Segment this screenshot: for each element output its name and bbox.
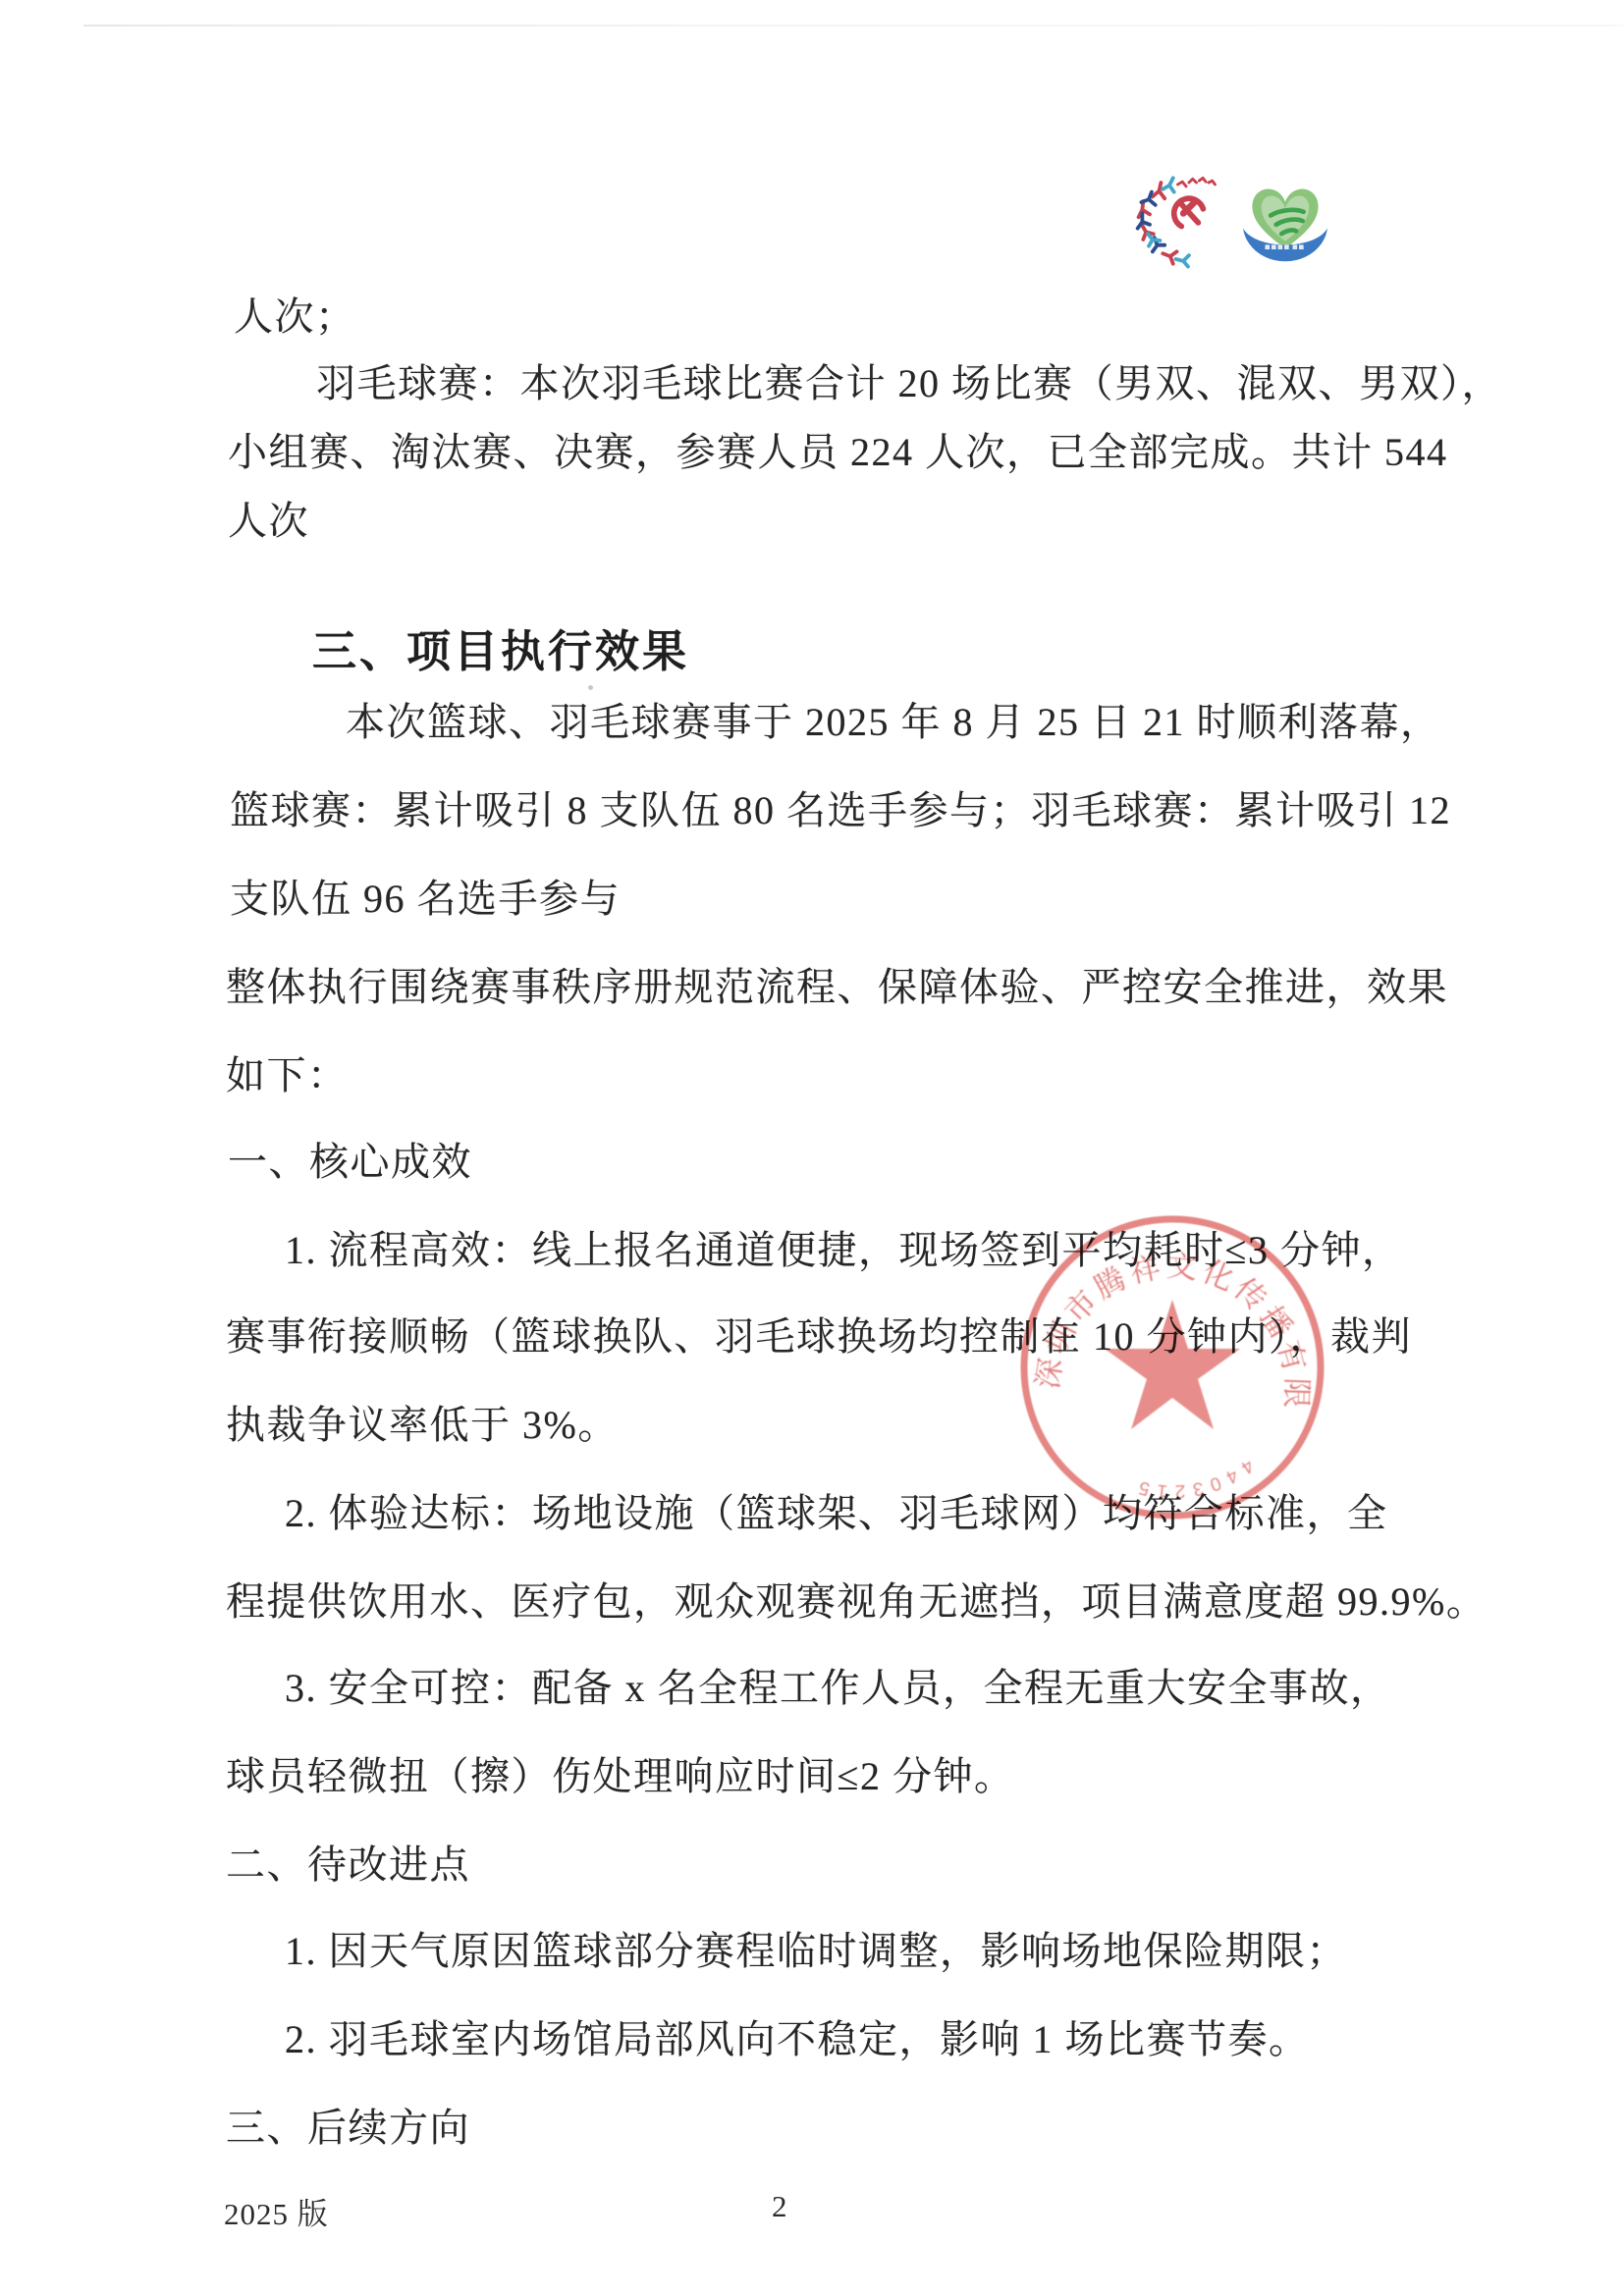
subsection-heading: 一、核心成效 <box>228 1143 472 1182</box>
body-line: 篮球赛：累计吸引 8 支队伍 80 名选手参与；羽毛球赛：累计吸引 12 <box>230 791 1451 830</box>
body-line: 程提供饮用水、医疗包，观众观赛视角无遮挡，项目满意度超 99.9%。 <box>226 1582 1487 1622</box>
svg-text:4403215: 4403215 <box>1130 1455 1258 1502</box>
body-line: 2. 羽毛球室内场馆局部风向不稳定，影响 1 场比赛节奏。 <box>285 2020 1310 2059</box>
scan-edge-line <box>83 25 1623 27</box>
body-line: 如下： <box>226 1056 349 1095</box>
party-heart-logo-icon <box>1131 173 1224 269</box>
footer-page-number: 2 <box>772 2189 788 2224</box>
footer-edition-label: 2025 版 <box>224 2189 329 2233</box>
subsection-heading: 二、待改进点 <box>226 1845 470 1885</box>
subsection-heading: 三、后续方向 <box>226 2109 470 2148</box>
body-line: 支队伍 96 名选手参与 <box>230 880 621 919</box>
body-line: 羽毛球赛：本次羽毛球比赛合计 20 场比赛（男双、混双、男双）， <box>316 364 1502 403</box>
scan-speck <box>588 685 593 690</box>
body-line: 本次篮球、羽毛球赛事于 2025 年 8 月 25 日 21 时顺利落幕， <box>346 703 1441 742</box>
scanned-report-page: 人次； 羽毛球赛：本次羽毛球比赛合计 20 场比赛（男双、混双、男双）， 小组赛… <box>0 0 1623 2296</box>
health-heart-bowl-logo-icon <box>1230 177 1340 269</box>
seal-serial-number: 4403215 <box>1130 1455 1258 1502</box>
body-line: 整体执行围绕赛事秩序册规范流程、保障体验、严控安全推进，效果 <box>226 968 1448 1007</box>
body-line: 执裁争议率低于 3%。 <box>226 1406 619 1445</box>
body-line: 3. 安全可控：配备 x 名全程工作人员，全程无重大安全事故， <box>285 1669 1391 1708</box>
red-company-seal-stamp: 深圳市腾祥文化传播有限公司 4403215 <box>1014 1205 1330 1529</box>
body-line: 人次； <box>234 297 356 337</box>
body-line: 球员轻微扭（擦）伤处理响应时间≤2 分钟。 <box>226 1757 1014 1796</box>
body-line: 小组赛、淘汰赛、决赛，参赛人员 224 人次，已全部完成。共计 544 <box>228 433 1448 472</box>
section-heading: 三、项目执行效果 <box>312 629 689 673</box>
body-line: 1. 因天气原因篮球部分赛程临时调整，影响场地保险期限； <box>285 1932 1347 1971</box>
body-line: 人次 <box>228 502 309 541</box>
